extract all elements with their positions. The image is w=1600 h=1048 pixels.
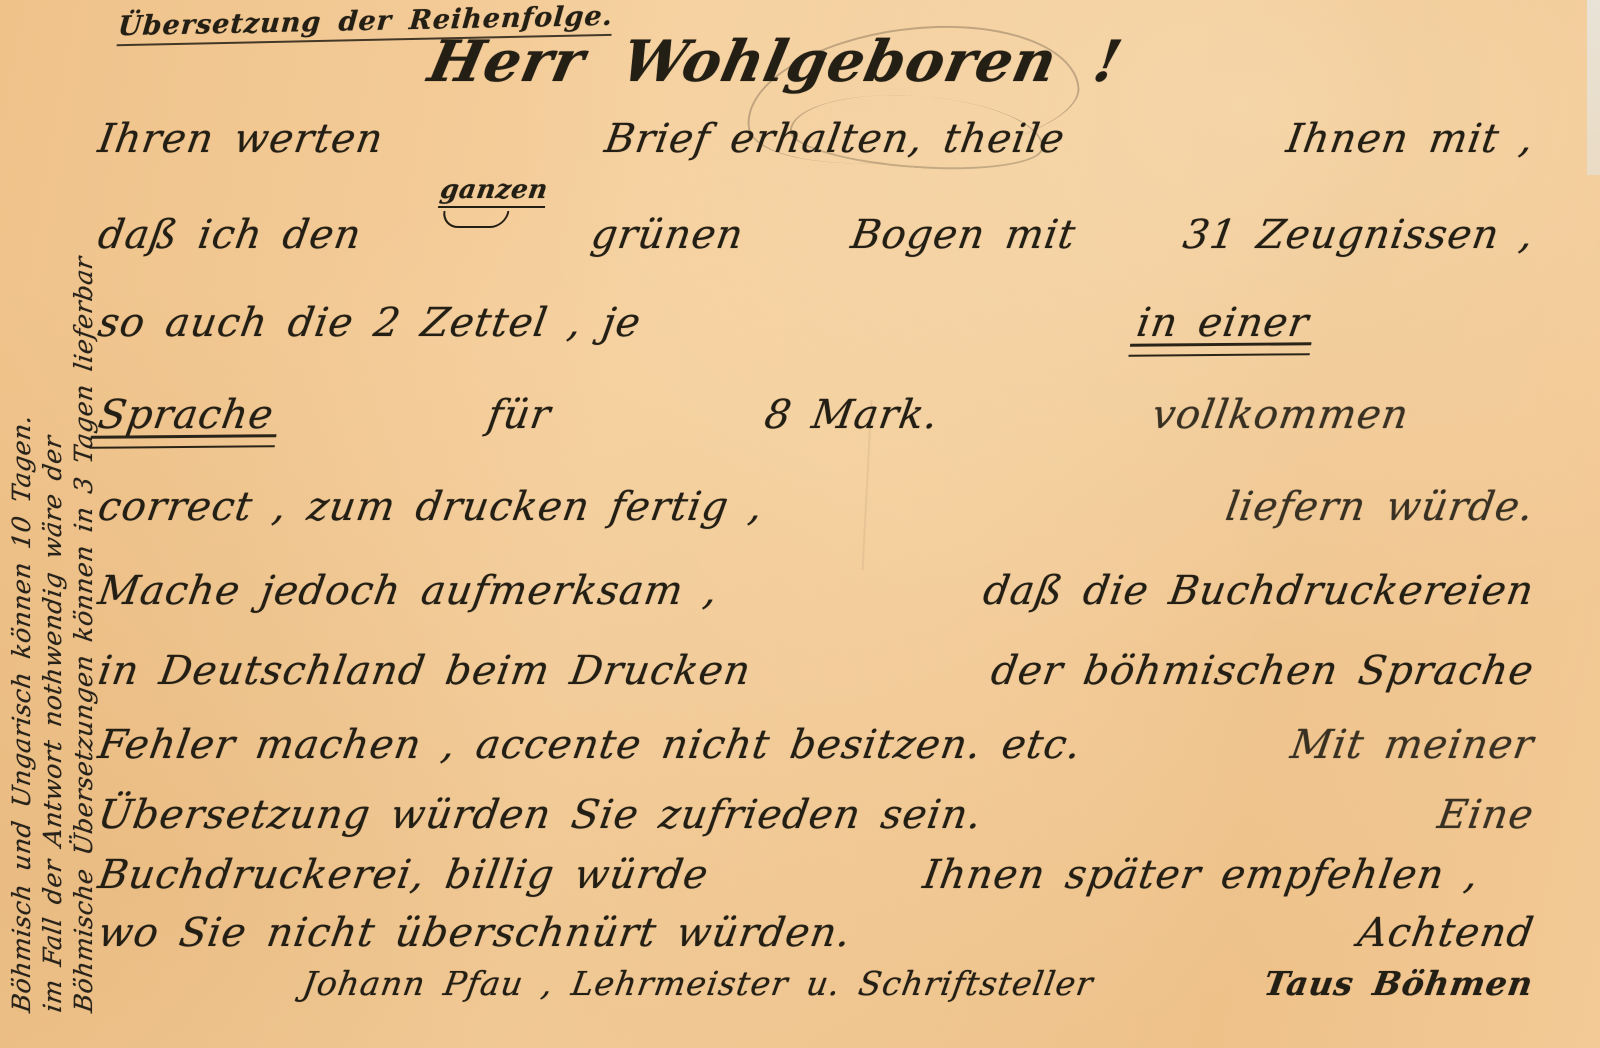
handwriting-segment: Fehler machen , accente nicht besitzen. … [95, 722, 1085, 768]
handwriting-segment: daß ich den [95, 212, 365, 258]
handwriting-segment: für [484, 392, 554, 438]
handwriting-segment: Johann Pfau , Lehrmeister u. Schriftstel… [300, 964, 1096, 1003]
handwriting-segment: Bogen mit [848, 212, 1079, 258]
handwriting-line: daß ich denganzengrünenBogen mit31 Zeugn… [95, 208, 1538, 258]
handwriting-segment: Mit meiner [1288, 722, 1538, 768]
margin-note: Böhmisch und Ungarisch können 10 Tagen. … [6, 62, 99, 1012]
handwriting-segment: Ihnen später empfehlen , [920, 852, 1482, 898]
handwriting-line: Mache jedoch aufmerksam ,daß die Buchdru… [95, 568, 1537, 614]
handwriting-segment: in einer [1134, 300, 1313, 346]
caret-mark [441, 211, 510, 228]
handwriting-segment: grünen [588, 212, 747, 258]
handwriting-segment: Taus Böhmen [1261, 964, 1536, 1003]
handwriting-segment: 8 Mark. [762, 392, 942, 438]
inserted-word: ganzen [467, 208, 487, 248]
handwriting-segment: correct , zum drucken fertig , [95, 484, 767, 530]
inserted-word-text: ganzen [438, 175, 550, 208]
letter-page: Übersetzung der Reihenfolge. Herr Wohlge… [0, 0, 1600, 1048]
handwriting-segment: Mache jedoch aufmerksam , [95, 568, 721, 614]
handwriting-segment: der böhmischen Sprache [988, 648, 1537, 694]
handwriting-segment: Ihren werten [95, 116, 387, 162]
body-lines: Ihren wertenBrief erhalten, theileIhnen … [0, 0, 1600, 1048]
handwriting-line: in Deutschland beim Druckender böhmische… [95, 648, 1537, 694]
handwriting-line: Übersetzung würden Sie zufrieden sein.Ei… [95, 792, 1537, 838]
handwriting-segment: wo Sie nicht überschnürt würden. [95, 910, 855, 956]
handwriting-segment: Achtend [1355, 910, 1537, 956]
handwriting-segment: 31 Zeugnissen , [1180, 212, 1537, 258]
handwriting-line: so auch die 2 Zettel , jein einer [95, 300, 1312, 346]
handwriting-segment: Übersetzung würden Sie zufrieden sein. [95, 792, 986, 838]
margin-note-line: im Fall der Antwort nothwendig wäre der [37, 60, 68, 1014]
margin-note-line: Böhmische Übersetzungen können in 3 Tage… [68, 60, 99, 1014]
handwriting-line: Ihren wertenBrief erhalten, theileIhnen … [95, 116, 1537, 162]
handwriting-segment: in Deutschland beim Drucken [95, 648, 754, 694]
handwriting-segment: Sprache [95, 392, 277, 438]
handwriting-segment: vollkommen [1149, 392, 1412, 438]
handwriting-segment: Eine [1435, 792, 1538, 838]
handwriting-segment: so auch die 2 Zettel , je [95, 300, 644, 346]
margin-note-line: Böhmisch und Ungarisch können 10 Tagen. [6, 60, 37, 1014]
handwriting-line: Johann Pfau , Lehrmeister u. Schriftstel… [300, 964, 1536, 1003]
handwriting-line: Fehler machen , accente nicht besitzen. … [95, 722, 1537, 768]
handwriting-segment: Buchdruckerei, billig würde [95, 852, 712, 898]
handwriting-line: correct , zum drucken fertig ,liefern wü… [95, 484, 1537, 530]
handwriting-line: wo Sie nicht überschnürt würden.Achtend [95, 910, 1537, 956]
handwriting-segment: Ihnen mit , [1283, 116, 1537, 162]
handwriting-segment: liefern würde. [1223, 484, 1538, 530]
handwriting-segment: Brief erhalten, theile [602, 116, 1069, 162]
handwriting-line: Buchdruckerei, billig würdeIhnen später … [95, 852, 1482, 898]
handwriting-line: Sprachefür8 Mark.vollkommen [95, 392, 1412, 438]
handwriting-segment: daß die Buchdruckereien [980, 568, 1537, 614]
